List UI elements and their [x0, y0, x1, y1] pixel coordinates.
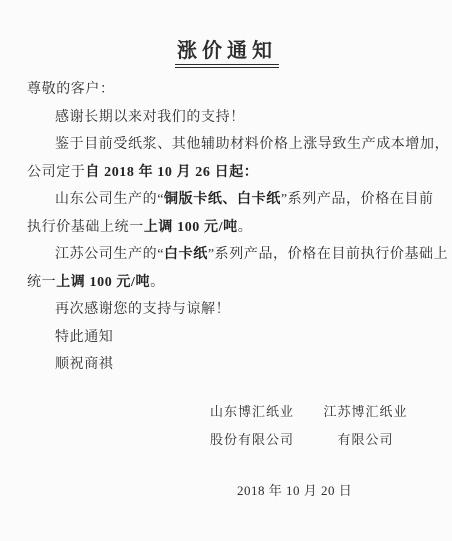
- notice-date: 2018 年 10 月 20 日: [237, 482, 352, 500]
- body-line: 统一上调 100 元/吨。: [27, 269, 427, 297]
- body-line: 山东公司生产的“铜版卡纸、白卡纸”系列产品，价格在目前: [27, 186, 427, 214]
- text-segment: 。: [150, 275, 165, 290]
- text-segment: 顺祝商祺: [55, 357, 113, 372]
- body-line: 公司定于自 2018 年 10 月 26 日起：: [27, 159, 427, 187]
- product-name-segment: 白卡纸: [164, 247, 208, 262]
- company-name-line: 股份有限公司: [190, 426, 314, 454]
- text-segment: 再次感谢您的支持与谅解！: [55, 302, 230, 317]
- text-segment: ”系列产品，价格在目前: [281, 192, 434, 207]
- effective-date-segment: 自 2018 年 10 月 26 日起：: [85, 165, 258, 180]
- signature-block: 山东博汇纸业 股份有限公司 江苏博汇纸业 有限公司: [0, 398, 452, 462]
- body-line: 鉴于目前受纸浆、其他辅助材料价格上涨导致生产成本增加，: [27, 131, 427, 159]
- price-increase-segment: 上调 100 元/吨: [144, 220, 238, 235]
- text-segment: ”系列产品，价格在目前执行价基础上: [208, 247, 448, 262]
- text-segment: 统一: [27, 275, 56, 290]
- text-segment: 公司定于: [27, 165, 85, 180]
- company-name-line: 江苏博汇纸业: [303, 398, 428, 426]
- body-line: 感谢长期以来对我们的支持！: [27, 104, 427, 132]
- text-segment: 执行价基础上统一: [27, 220, 144, 235]
- company-name-line: 有限公司: [303, 426, 428, 454]
- text-segment: 。: [238, 220, 253, 235]
- product-name-segment: 铜版卡纸、白卡纸: [164, 192, 281, 207]
- body-line: 执行价基础上统一上调 100 元/吨。: [27, 214, 427, 242]
- text-segment: 特此通知: [55, 330, 113, 345]
- body-line: 江苏公司生产的“白卡纸”系列产品，价格在目前执行价基础上: [27, 241, 427, 269]
- salutation: 尊敬的客户：: [27, 76, 427, 104]
- body-line: 特此通知: [27, 324, 427, 352]
- signature-column-jiangsu: 江苏博汇纸业 有限公司: [303, 398, 428, 454]
- text-segment: 鉴于目前受纸浆、其他辅助材料价格上涨导致生产成本增加，: [55, 137, 449, 152]
- notice-page: 涨价通知 尊敬的客户： 感谢长期以来对我们的支持！ 鉴于目前受纸浆、其他辅助材料…: [0, 0, 452, 541]
- signature-column-shandong: 山东博汇纸业 股份有限公司: [190, 398, 314, 454]
- text-segment: 江苏公司生产的“: [55, 247, 164, 262]
- company-name-line: 山东博汇纸业: [190, 398, 314, 426]
- body-line: 再次感谢您的支持与谅解！: [27, 296, 427, 324]
- body-line: 顺祝商祺: [27, 351, 427, 379]
- salutation-text: 尊敬的客户：: [27, 82, 115, 97]
- price-increase-segment: 上调 100 元/吨: [56, 275, 150, 290]
- notice-title: 涨价通知: [175, 34, 279, 68]
- text-segment: 感谢长期以来对我们的支持！: [55, 110, 245, 125]
- title-row: 涨价通知: [27, 34, 427, 64]
- text-segment: 山东公司生产的“: [55, 192, 164, 207]
- notice-body: 涨价通知 尊敬的客户： 感谢长期以来对我们的支持！ 鉴于目前受纸浆、其他辅助材料…: [27, 30, 427, 379]
